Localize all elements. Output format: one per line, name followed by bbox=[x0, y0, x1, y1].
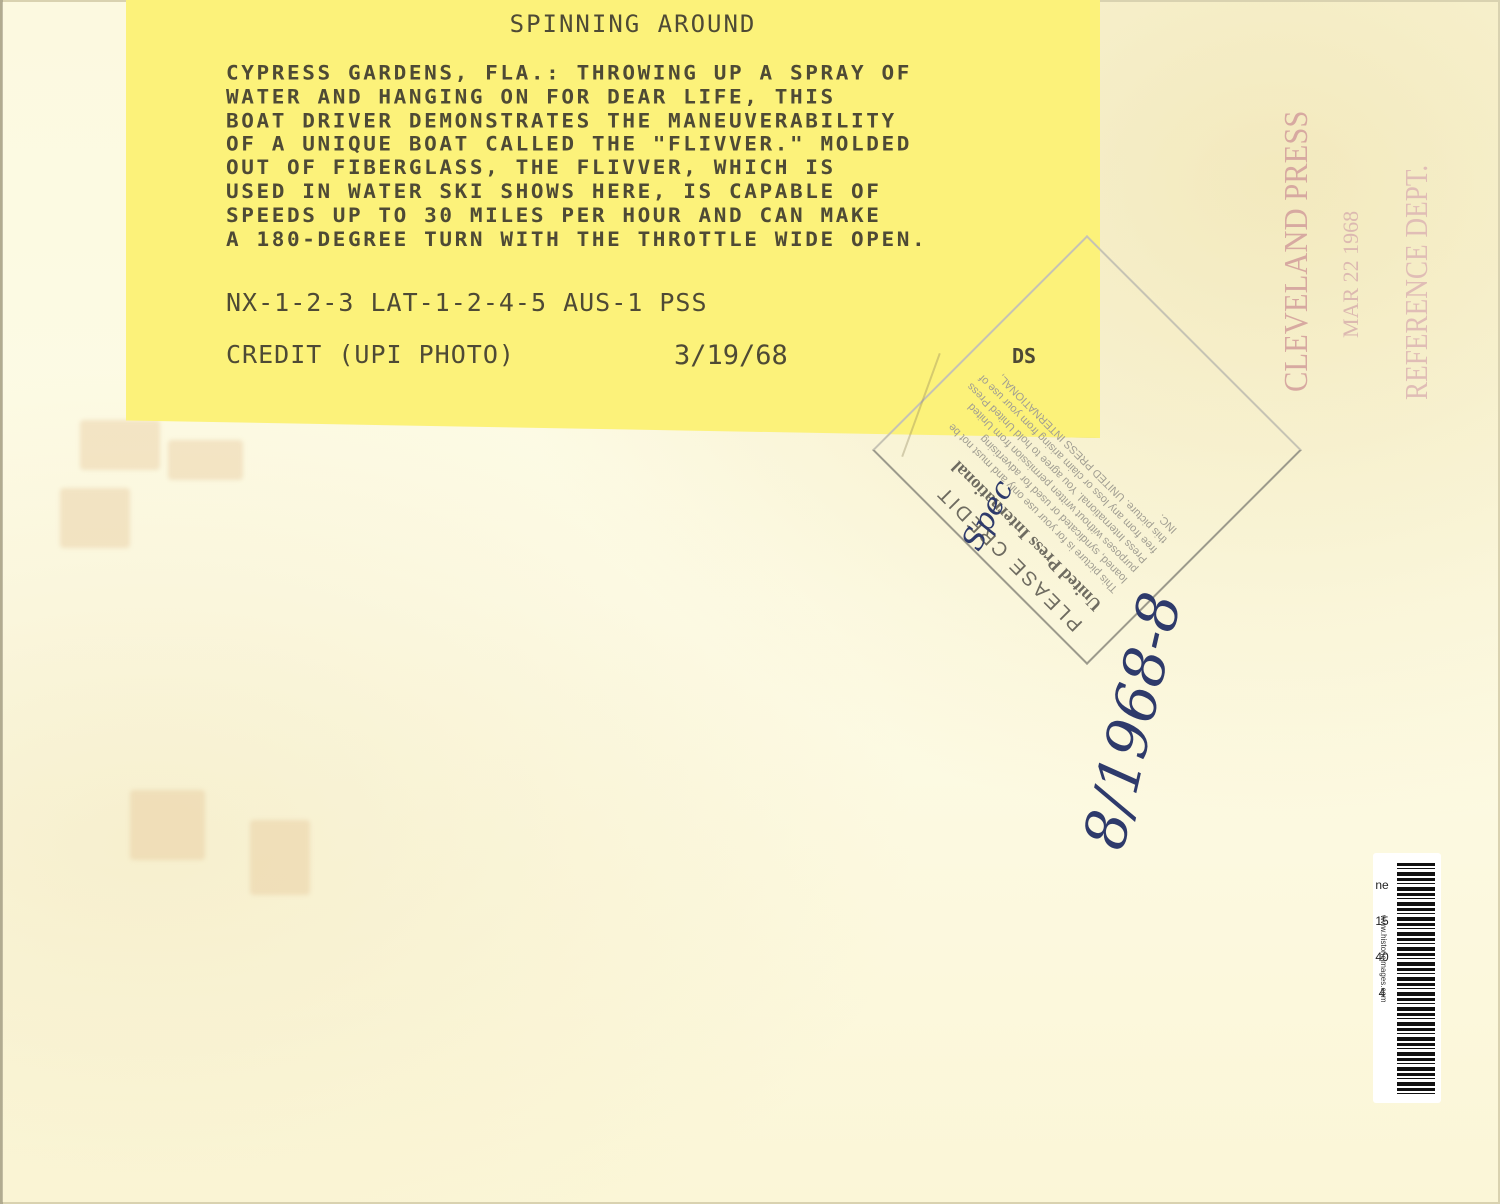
caption-body: CYPRESS GARDENS, FLA.: THROWING UP A SPR… bbox=[226, 62, 1086, 252]
library-stamp-organization: CLEVELAND PRESS bbox=[1278, 111, 1316, 392]
tape-stain bbox=[80, 420, 160, 470]
barcode-bars bbox=[1397, 863, 1435, 1095]
tape-stain bbox=[60, 488, 130, 548]
barcode-url: www.historicimages.com bbox=[1379, 915, 1388, 1003]
tape-stain bbox=[250, 820, 310, 895]
distribution-codes: NX-1-2-3 LAT-1-2-4-5 AUS-1 PSS bbox=[226, 288, 708, 317]
photo-back: SPINNING AROUND CYPRESS GARDENS, FLA.: T… bbox=[0, 0, 1500, 1204]
inventory-barcode: ne15404 www.historicimages.com bbox=[1373, 853, 1441, 1103]
library-stamp-date: MAR 22 1968 bbox=[1338, 211, 1364, 338]
library-stamp-department: REFERENCE DEPT. bbox=[1398, 165, 1435, 400]
tape-stain bbox=[168, 440, 243, 480]
caption-date: 3/19/68 bbox=[674, 340, 788, 371]
photo-credit: CREDIT (UPI PHOTO) bbox=[226, 340, 515, 369]
caption-headline: SPINNING AROUND bbox=[126, 10, 1100, 38]
tape-stain bbox=[130, 790, 205, 860]
paper-edge bbox=[0, 0, 3, 1204]
